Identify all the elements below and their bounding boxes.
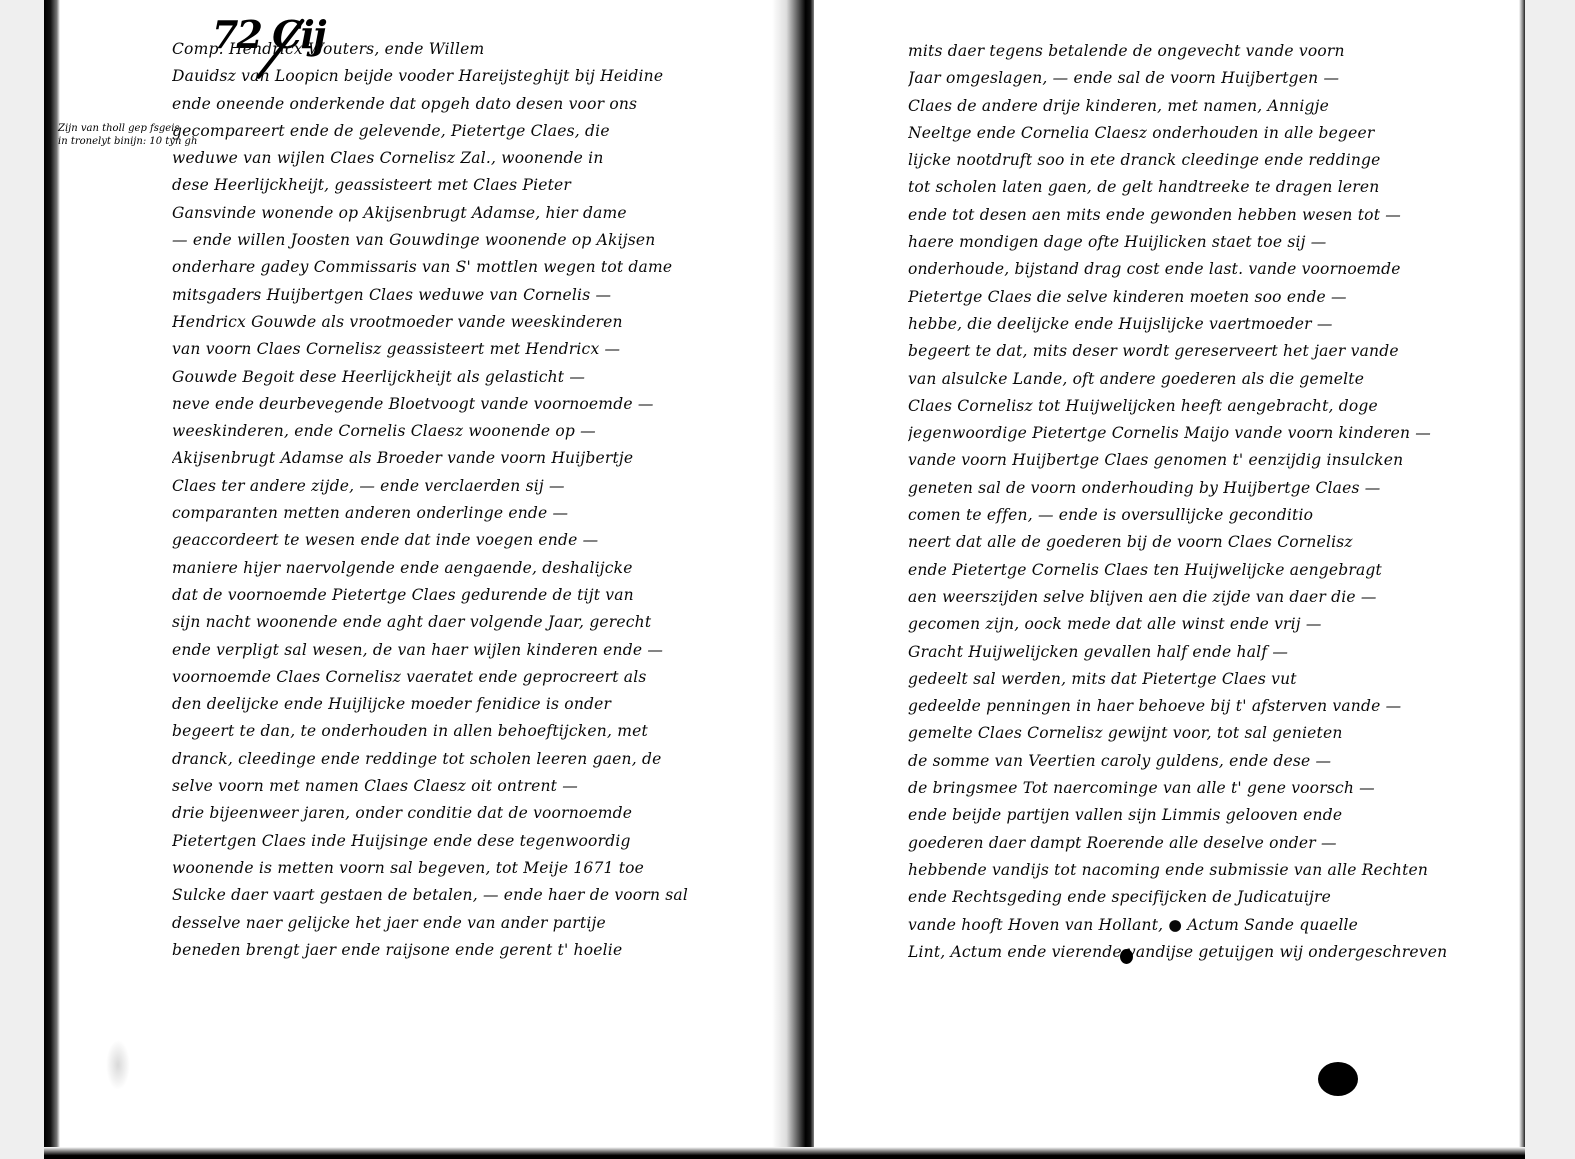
manuscript-line: mits daer tegens betalende de ongevecht …: [908, 38, 1478, 65]
manuscript-line: vande hooft Hoven van Hollant, ● Actum S…: [908, 912, 1478, 939]
manuscript-line: desselve naer gelijcke het jaer ende van…: [172, 910, 732, 937]
manuscript-line: selve voorn met namen Claes Claesz oit o…: [172, 773, 732, 800]
manuscript-line: dat de voornoemde Pietertge Claes gedure…: [172, 582, 732, 609]
manuscript-line: ende Pietertge Cornelis Claes ten Huijwe…: [908, 557, 1478, 584]
manuscript-line: voornoemde Claes Cornelisz vaeratet ende…: [172, 664, 732, 691]
manuscript-line: Neeltge ende Cornelia Claesz onderhouden…: [908, 120, 1478, 147]
manuscript-line: comparanten metten anderen onderlinge en…: [172, 500, 732, 527]
manuscript-line: begeert te dan, te onderhouden in allen …: [172, 718, 732, 745]
manuscript-line: Claes ter andere zijde, — ende verclaerd…: [172, 473, 732, 500]
right-page-edge: [1519, 0, 1525, 1159]
manuscript-line: hebbende vandijs tot nacoming ende submi…: [908, 857, 1478, 884]
manuscript-line: sijn nacht woonende ende aght daer volge…: [172, 609, 732, 636]
manuscript-line: neert dat alle de goederen bij de voorn …: [908, 529, 1478, 556]
manuscript-line: gedeelt sal werden, mits dat Pietertge C…: [908, 666, 1478, 693]
manuscript-line: haere mondigen dage ofte Huijlicken stae…: [908, 229, 1478, 256]
manuscript-line: Lint, Actum ende vierende vandijse getui…: [908, 939, 1478, 966]
manuscript-line: lijcke nootdruft soo in ete dranck cleed…: [908, 147, 1478, 174]
manuscript-line: gedeelde penningen in haer behoeve bij t…: [908, 693, 1478, 720]
manuscript-line: de bringsmee Tot naercominge van alle t'…: [908, 775, 1478, 802]
manuscript-line: Jaar omgeslagen, — ende sal de voorn Hui…: [908, 65, 1478, 92]
manuscript-line: woonende is metten voorn sal begeven, to…: [172, 855, 732, 882]
manuscript-line: gemelte Claes Cornelisz gewijnt voor, to…: [908, 720, 1478, 747]
manuscript-line: den deelijcke ende Huijlijcke moeder fen…: [172, 691, 732, 718]
manuscript-line: ende beijde partijen vallen sijn Limmis …: [908, 802, 1478, 829]
manuscript-line: Claes Cornelisz tot Huijwelijcken heeft …: [908, 393, 1478, 420]
manuscript-line: aen weerszijden selve blijven aen die zi…: [908, 584, 1478, 611]
manuscript-line: hebbe, die deelijcke ende Huijslijcke va…: [908, 311, 1478, 338]
manuscript-line: drie bijeenweer jaren, onder conditie da…: [172, 800, 732, 827]
ink-blot: [1318, 1062, 1358, 1096]
manuscript-line: geneten sal de voorn onderhouding by Hui…: [908, 475, 1478, 502]
manuscript-line: Sulcke daer vaart gestaen de betalen, — …: [172, 882, 732, 909]
left-page-edge: [44, 0, 60, 1159]
manuscript-line: beneden brengt jaer ende raijsone ende g…: [172, 937, 732, 964]
manuscript-line: Dauidsz van Loopicn beijde vooder Hareij…: [172, 63, 732, 90]
manuscript-line: ende Rechtsgeding ende specifijcken de J…: [908, 884, 1478, 911]
manuscript-line: van voorn Claes Cornelisz geassisteert m…: [172, 336, 732, 363]
manuscript-line: dranck, cleedinge ende reddinge tot scho…: [172, 746, 732, 773]
manuscript-line: Hendricx Gouwde als vrootmoeder vande we…: [172, 309, 732, 336]
manuscript-line: van alsulcke Lande, oft andere goederen …: [908, 366, 1478, 393]
manuscript-line: gecomen zijn, oock mede dat alle winst e…: [908, 611, 1478, 638]
manuscript-line: Comp. Hendricx Wouters, ende Willem: [172, 36, 732, 63]
manuscript-line: dese Heerlijckheijt, geassisteert met Cl…: [172, 172, 732, 199]
manuscript-line: ende verpligt sal wesen, de van haer wij…: [172, 637, 732, 664]
manuscript-line: Claes de andere drije kinderen, met name…: [908, 93, 1478, 120]
manuscript-line: Gansvinde wonende op Akijsenbrugt Adamse…: [172, 200, 732, 227]
right-page-text: mits daer tegens betalende de ongevecht …: [908, 38, 1478, 966]
manuscript-line: mitsgaders Huijbertgen Claes weduwe van …: [172, 282, 732, 309]
ink-dot: [1120, 949, 1133, 964]
manuscript-line: neve ende deurbevegende Bloetvoogt vande…: [172, 391, 732, 418]
manuscript-line: gecompareert ende de gelevende, Pietertg…: [172, 118, 732, 145]
manuscript-line: Pietertge Claes die selve kinderen moete…: [908, 284, 1478, 311]
left-page-text: Comp. Hendricx Wouters, ende WillemDauid…: [172, 36, 732, 964]
smudge-mark: [106, 1040, 130, 1090]
manuscript-line: geaccordeert te wesen ende dat inde voeg…: [172, 527, 732, 554]
manuscript-line: ende oneende onderkende dat opgeh dato d…: [172, 91, 732, 118]
manuscript-line: Akijsenbrugt Adamse als Broeder vande vo…: [172, 445, 732, 472]
manuscript-line: comen te effen, — ende is oversullijcke …: [908, 502, 1478, 529]
manuscript-line: weeskinderen, ende Cornelis Claesz woone…: [172, 418, 732, 445]
manuscript-line: — ende willen Joosten van Gouwdinge woon…: [172, 227, 732, 254]
manuscript-line: vande voorn Huijbertge Claes genomen t' …: [908, 447, 1478, 474]
manuscript-line: Gouwde Begoit dese Heerlijckheijt als ge…: [172, 364, 732, 391]
manuscript-line: onderhoude, bijstand drag cost ende last…: [908, 256, 1478, 283]
book-spine: [772, 0, 820, 1159]
manuscript-line: jegenwoordige Pietertge Cornelis Maijo v…: [908, 420, 1478, 447]
manuscript-line: begeert te dat, mits deser wordt gereser…: [908, 338, 1478, 365]
manuscript-line: ende tot desen aen mits ende gewonden he…: [908, 202, 1478, 229]
manuscript-line: onderhare gadey Commissaris van S' mottl…: [172, 254, 732, 281]
manuscript-line: goederen daer dampt Roerende alle deselv…: [908, 830, 1478, 857]
bottom-edge-shadow: [44, 1147, 1525, 1159]
manuscript-line: weduwe van wijlen Claes Cornelisz Zal., …: [172, 145, 732, 172]
manuscript-line: Gracht Huijwelijcken gevallen half ende …: [908, 639, 1478, 666]
manuscript-line: Pietertgen Claes inde Huijsinge ende des…: [172, 828, 732, 855]
manuscript-line: tot scholen laten gaen, de gelt handtree…: [908, 174, 1478, 201]
manuscript-line: maniere hijer naervolgende ende aengaend…: [172, 555, 732, 582]
manuscript-line: de somme van Veertien caroly guldens, en…: [908, 748, 1478, 775]
